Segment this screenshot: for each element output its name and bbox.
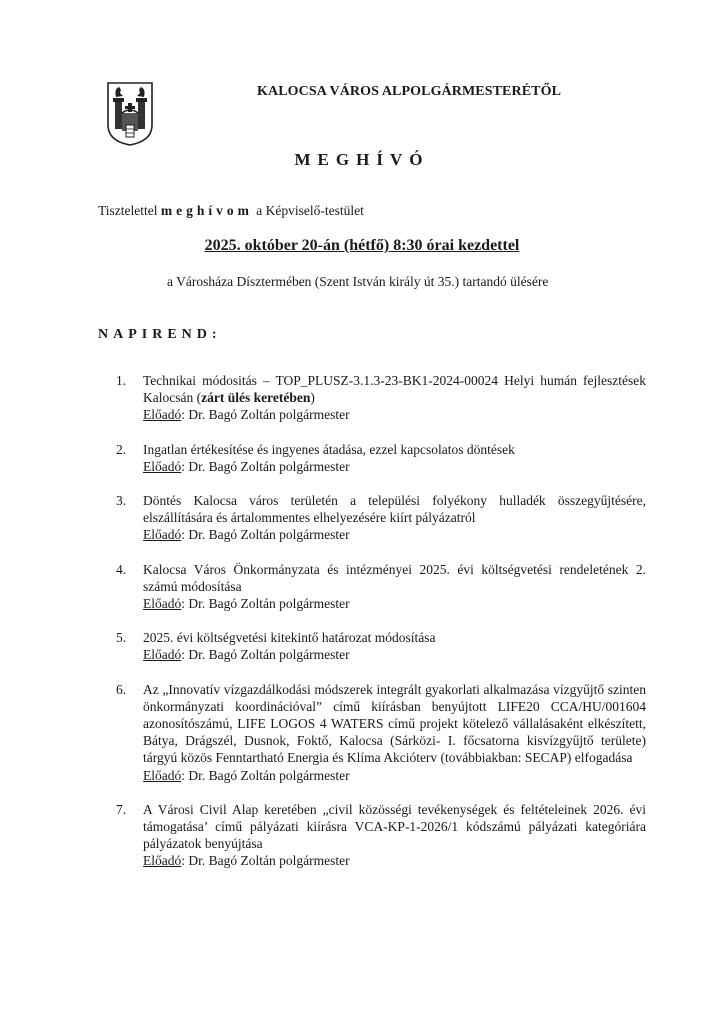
agenda-item-number: 4. bbox=[116, 561, 126, 578]
organization-name: KALOCSA VÁROS ALPOLGÁRMESTERÉTŐL bbox=[257, 84, 561, 100]
agenda-item-title: Kalocsa Város Önkormányzata és intézmény… bbox=[143, 562, 646, 594]
agenda-item-number: 6. bbox=[116, 681, 126, 698]
presenter-label: Előadó bbox=[143, 768, 181, 783]
agenda-item-number: 3. bbox=[116, 492, 126, 509]
agenda-item-presenter: Előadó: Dr. Bagó Zoltán polgármester bbox=[143, 459, 350, 474]
presenter-name: Dr. Bagó Zoltán polgármester bbox=[188, 527, 349, 542]
presenter-name: Dr. Bagó Zoltán polgármester bbox=[188, 853, 349, 868]
agenda-item-presenter: Előadó: Dr. Bagó Zoltán polgármester bbox=[143, 596, 350, 611]
agenda-item-number: 1. bbox=[116, 372, 126, 389]
presenter-name: Dr. Bagó Zoltán polgármester bbox=[188, 407, 349, 422]
intro-emphasis: meghívom bbox=[161, 203, 253, 218]
agenda-item-bold: zárt ülés keretében bbox=[201, 390, 310, 405]
presenter-label: Előadó bbox=[143, 527, 181, 542]
agenda-item-presenter: Előadó: Dr. Bagó Zoltán polgármester bbox=[143, 407, 350, 422]
agenda-item: 2.Ingatlan értékesítése és ingyenes átad… bbox=[116, 441, 646, 475]
meeting-venue: a Városháza Dísztermében (Szent István k… bbox=[167, 274, 548, 290]
document-page: KALOCSA VÁROS ALPOLGÁRMESTERÉTŐL MEGHÍVÓ… bbox=[0, 0, 724, 1024]
document-title: MEGHÍVÓ bbox=[0, 150, 724, 170]
agenda-item-title-end: ) bbox=[310, 390, 315, 405]
presenter-label: Előadó bbox=[143, 647, 181, 662]
intro-line: Tisztelettel meghívom a Képviselő-testül… bbox=[98, 203, 364, 219]
agenda-item-title: Döntés Kalocsa város területén a települ… bbox=[143, 493, 646, 525]
agenda-item-presenter: Előadó: Dr. Bagó Zoltán polgármester bbox=[143, 853, 350, 868]
agenda-item-title: Ingatlan értékesítése és ingyenes átadás… bbox=[143, 442, 515, 457]
presenter-name: Dr. Bagó Zoltán polgármester bbox=[188, 647, 349, 662]
presenter-name: Dr. Bagó Zoltán polgármester bbox=[188, 459, 349, 474]
agenda-item-text: Döntés Kalocsa város területén a települ… bbox=[143, 492, 646, 526]
agenda-list: 1.Technikai módositás – TOP_PLUSZ-3.1.3-… bbox=[116, 372, 646, 870]
agenda-item-title: 2025. évi költségvetési kitekintő határo… bbox=[143, 630, 435, 645]
agenda-heading: NAPIREND: bbox=[98, 327, 222, 343]
presenter-name: Dr. Bagó Zoltán polgármester bbox=[188, 768, 349, 783]
agenda-item: 3.Döntés Kalocsa város területén a telep… bbox=[116, 492, 646, 544]
presenter-label: Előadó bbox=[143, 459, 181, 474]
agenda-item-text: Kalocsa Város Önkormányzata és intézmény… bbox=[143, 561, 646, 595]
agenda-item-text: Ingatlan értékesítése és ingyenes átadás… bbox=[143, 441, 646, 458]
agenda-item: 7.A Városi Civil Alap keretében „civil k… bbox=[116, 801, 646, 870]
agenda-item-presenter: Előadó: Dr. Bagó Zoltán polgármester bbox=[143, 527, 350, 542]
agenda-item-number: 7. bbox=[116, 801, 126, 818]
agenda-item-presenter: Előadó: Dr. Bagó Zoltán polgármester bbox=[143, 768, 350, 783]
agenda-item-title: A Városi Civil Alap keretében „civil köz… bbox=[143, 802, 646, 851]
intro-prefix: Tisztelettel bbox=[98, 203, 161, 218]
agenda-item: 6.Az „Innovatív vízgazdálkodási módszere… bbox=[116, 681, 646, 784]
agenda-item-title: Az „Innovatív vízgazdálkodási módszerek … bbox=[143, 682, 646, 766]
agenda-item-number: 2. bbox=[116, 441, 126, 458]
agenda-item-text: Az „Innovatív vízgazdálkodási módszerek … bbox=[143, 681, 646, 767]
agenda-item: 5.2025. évi költségvetési kitekintő hatá… bbox=[116, 629, 646, 663]
agenda-item-presenter: Előadó: Dr. Bagó Zoltán polgármester bbox=[143, 647, 350, 662]
presenter-label: Előadó bbox=[143, 853, 181, 868]
meeting-date: 2025. október 20-án (hétfő) 8:30 órai ke… bbox=[0, 237, 724, 255]
presenter-name: Dr. Bagó Zoltán polgármester bbox=[188, 596, 349, 611]
presenter-label: Előadó bbox=[143, 407, 181, 422]
agenda-item-number: 5. bbox=[116, 629, 126, 646]
presenter-label: Előadó bbox=[143, 596, 181, 611]
coat-of-arms-icon bbox=[106, 81, 154, 147]
agenda-item-text: A Városi Civil Alap keretében „civil köz… bbox=[143, 801, 646, 853]
agenda-item-text: 2025. évi költségvetési kitekintő határo… bbox=[143, 629, 646, 646]
agenda-item: 1.Technikai módositás – TOP_PLUSZ-3.1.3-… bbox=[116, 372, 646, 424]
intro-suffix: a Képviselő-testület bbox=[253, 203, 364, 218]
agenda-item: 4.Kalocsa Város Önkormányzata és intézmé… bbox=[116, 561, 646, 613]
agenda-item-text: Technikai módositás – TOP_PLUSZ-3.1.3-23… bbox=[143, 372, 646, 406]
